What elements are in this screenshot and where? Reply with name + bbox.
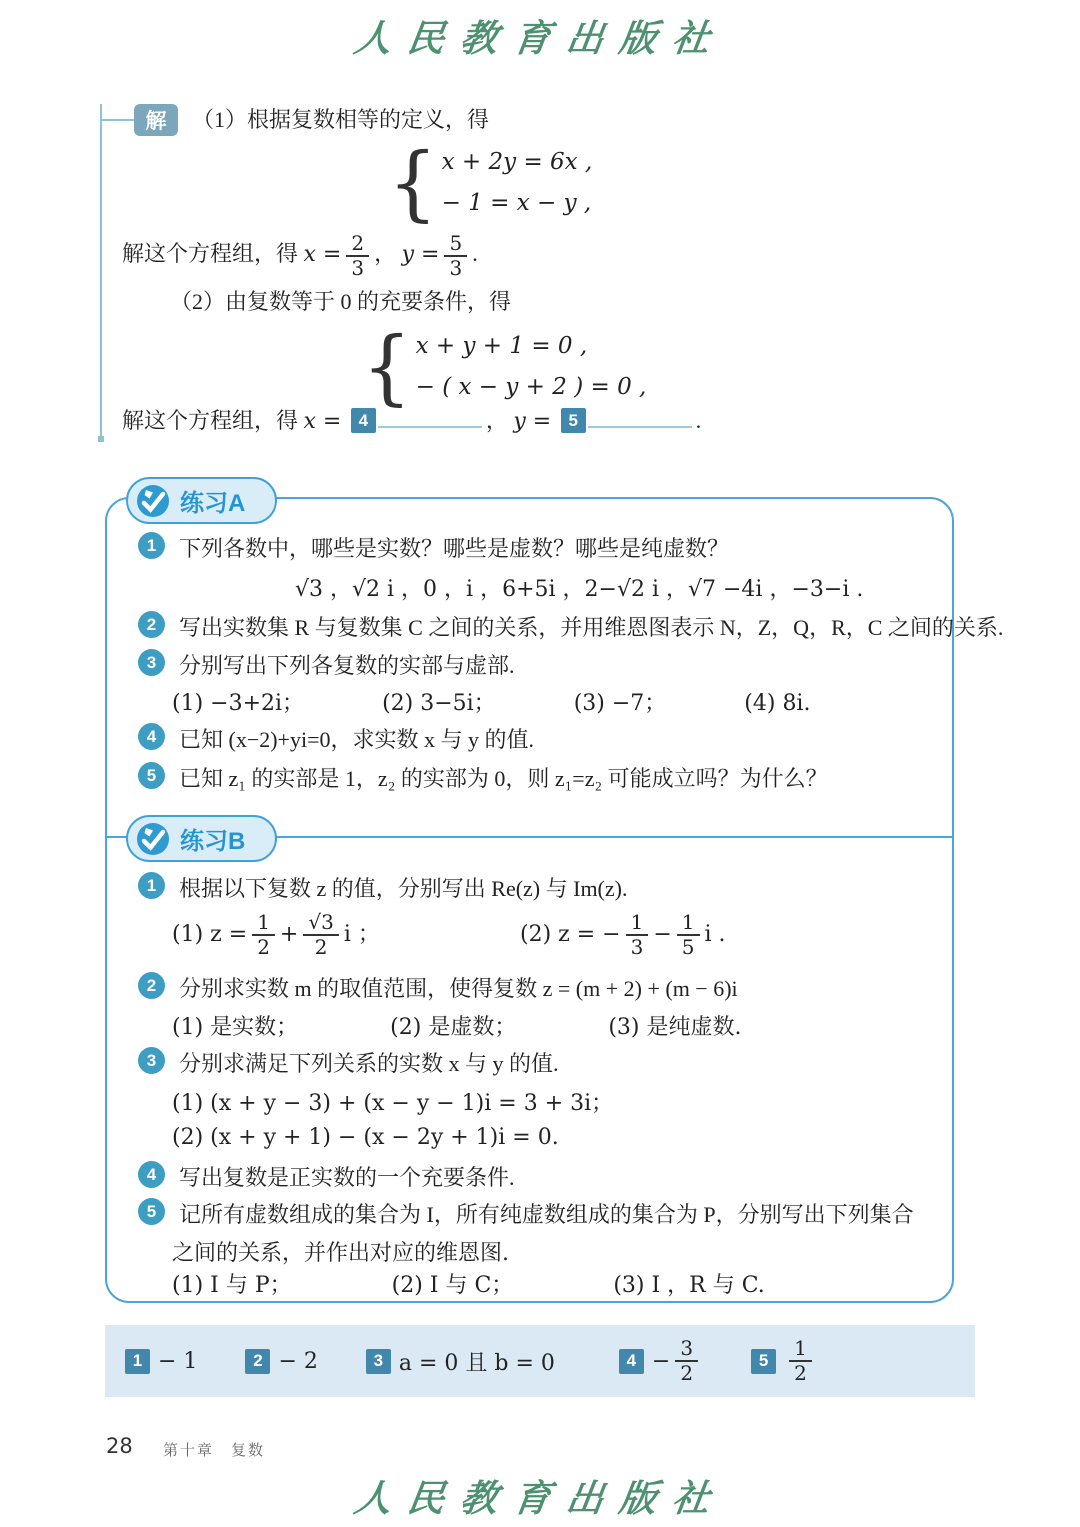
answer-tag: 4 xyxy=(619,1349,644,1374)
item-number-badge: 3 xyxy=(138,649,165,676)
answer-sign: − xyxy=(652,1349,670,1374)
left-brace: { xyxy=(362,326,412,408)
y-equals: y = xyxy=(513,409,551,434)
blank-tag-4: 4 xyxy=(351,408,376,433)
exercise-item-b5: 5 记所有虚数组成的集合为 I，所有纯虚数组成的集合为 P，分别写出下列集合 xyxy=(138,1198,914,1229)
fraction: 15 xyxy=(677,912,700,958)
y-equals: y = xyxy=(402,242,440,267)
exercise-b5-sublist: (1) I 与 P；(2) I 与 C；(3) I ，R 与 C. xyxy=(172,1268,765,1299)
practice-a-title: 练习A xyxy=(180,483,245,518)
sub-item: (2) 3−5i； xyxy=(382,691,496,716)
sub-item: (1) z = xyxy=(172,922,247,947)
item-number-badge: 2 xyxy=(138,972,165,999)
operator: + xyxy=(280,922,298,947)
solution-left-rule xyxy=(100,104,102,436)
answer-3: 3 a = 0 且 b = 0 xyxy=(366,1346,555,1377)
practice-b-header: 练习B xyxy=(126,815,277,862)
answer-tag: 5 xyxy=(751,1349,776,1374)
answer-5: 5 12 xyxy=(751,1338,817,1384)
exercise-b2-sublist: (1) 是实数；(2) 是虚数；(3) 是纯虚数. xyxy=(172,1010,742,1041)
fraction: 12 xyxy=(789,1338,812,1384)
answer-1: 1 − 1 xyxy=(125,1349,197,1374)
exercise-item-b4: 4 写出复数是正实数的一个充要条件. xyxy=(138,1161,515,1192)
answer-4: 4 − 32 xyxy=(619,1338,703,1384)
answer-tag: 3 xyxy=(366,1349,391,1374)
item-number-badge: 1 xyxy=(138,532,165,559)
solution-badge: 解 xyxy=(134,104,178,136)
x-equals: x = xyxy=(304,242,342,267)
solution-part2-conclusion: 解这个方程组，得 x = 4， y = 5. xyxy=(122,404,701,437)
x-equals: x = xyxy=(304,409,342,434)
blank-tag-5: 5 xyxy=(561,408,586,433)
left-brace: { xyxy=(388,142,438,224)
sub-item: (3) I ，R 与 C. xyxy=(613,1273,764,1298)
exercise-b1-sub2: (2) z = −13−15i . xyxy=(520,912,726,958)
exercise-b5-text2: 之间的关系，并作出对应的维恩图. xyxy=(172,1236,509,1267)
answer-blank-y xyxy=(588,404,692,428)
period: . xyxy=(472,241,478,266)
equation-line: − ( x − y + 2 ) = 0 , xyxy=(416,367,647,408)
solution-part1-conclusion: 解这个方程组，得 x =23， y =53. xyxy=(122,233,478,279)
item-text: 分别求实数 m 的取值范围，使得复数 z = (m + 2) + (m − 6)… xyxy=(179,972,738,1003)
item-text: 写出实数集 R 与复数集 C 之间的关系，并用维恩图表示 N，Z，Q，R，C 之… xyxy=(179,611,1003,642)
exercise-item-a2: 2 写出实数集 R 与复数集 C 之间的关系，并用维恩图表示 N，Z，Q，R，C… xyxy=(138,611,1003,642)
item-number-badge: 3 xyxy=(138,1047,165,1074)
answer-tag: 2 xyxy=(245,1349,270,1374)
operator: − xyxy=(653,922,671,947)
sub-item: (1) −3+2i； xyxy=(172,691,304,716)
separator: ， xyxy=(486,408,514,433)
item-number-badge: 4 xyxy=(138,1161,165,1188)
fraction-x: 23 xyxy=(346,233,369,279)
equation-line: − 1 = x − y , xyxy=(442,183,593,224)
sub-item: (1) 是实数； xyxy=(172,1015,298,1040)
fraction: √32 xyxy=(303,912,338,958)
exercise-item-a5: 5 已知 z₁ 的实部是 1，z₂ 的实部为 0，则 z₁=z₂ 可能成立吗？为… xyxy=(138,762,828,793)
practice-b-title: 练习B xyxy=(180,821,245,856)
item-number-badge: 5 xyxy=(138,762,165,789)
textbook-page: 人民教育出版社 解 （1）根据复数相等的定义，得 { x + 2y = 6x ,… xyxy=(0,0,1080,1527)
exercise-item-a3: 3 分别写出下列各复数的实部与虚部. xyxy=(138,649,515,680)
publisher-logo-text: 人民教育出版社 xyxy=(351,1468,730,1522)
sub-item: (3) 是纯虚数. xyxy=(608,1015,741,1040)
fraction-y: 53 xyxy=(444,233,467,279)
solution-rule-connector xyxy=(100,119,134,121)
answer-value: − 1 xyxy=(158,1349,197,1374)
exercise-item-b2: 2 分别求实数 m 的取值范围，使得复数 z = (m + 2) + (m − … xyxy=(138,972,738,1003)
sub-item: i . xyxy=(705,922,726,947)
item-text: 写出复数是正实数的一个充要条件. xyxy=(179,1161,515,1192)
fraction: 12 xyxy=(252,912,275,958)
item-text: 根据以下复数 z 的值，分别写出 Re(z) 与 Im(z). xyxy=(179,872,627,903)
item-text: 分别写出下列各复数的实部与虚部. xyxy=(179,649,515,680)
solution-part1-intro: （1）根据复数相等的定义，得 xyxy=(192,106,489,134)
answer-blank-x xyxy=(378,404,482,428)
publisher-logo-top: 人民教育出版社 xyxy=(0,8,1080,62)
item-text: 下列各数中，哪些是实数？哪些是虚数？哪些是纯虚数？ xyxy=(179,532,729,563)
conclusion-text: 解这个方程组，得 xyxy=(122,241,298,266)
chapter-label: 第十章 复数 xyxy=(163,1439,265,1460)
exercise-item-b3: 3 分别求满足下列关系的实数 x 与 y 的值. xyxy=(138,1047,559,1078)
exercise-b3-sub1: (1) (x + y − 3) + (x − y − 1)i = 3 + 3i； xyxy=(172,1086,613,1117)
equation-line: x + y + 1 = 0 , xyxy=(416,326,647,367)
solution-rule-dot xyxy=(98,436,104,442)
publisher-logo-text: 人民教育出版社 xyxy=(351,8,730,62)
fraction: 32 xyxy=(675,1338,698,1384)
sub-item: (2) z = − xyxy=(520,922,621,947)
exercise-item-b1: 1 根据以下复数 z 的值，分别写出 Re(z) 与 Im(z). xyxy=(138,872,627,903)
item-number-badge: 1 xyxy=(138,872,165,899)
exercise-a3-sublist: (1) −3+2i；(2) 3−5i；(3) −7；(4) 8i. xyxy=(172,686,810,717)
pencil-check-icon xyxy=(136,822,170,856)
sub-item: (2) 是虚数； xyxy=(390,1015,516,1040)
sub-item: (3) −7； xyxy=(574,691,667,716)
sub-item: (2) I 与 C； xyxy=(392,1273,514,1298)
answer-strip: 1 − 1 2 − 2 3 a = 0 且 b = 0 4 − 32 5 12 xyxy=(105,1325,975,1397)
exercise-item-a1: 1 下列各数中，哪些是实数？哪些是虚数？哪些是纯虚数？ xyxy=(138,532,729,563)
pencil-check-icon xyxy=(136,484,170,518)
page-number: 28 xyxy=(106,1434,133,1458)
item-number-badge: 5 xyxy=(138,1198,165,1225)
item-text: 记所有虚数组成的集合为 I，所有纯虚数组成的集合为 P，分别写出下列集合 xyxy=(179,1198,914,1229)
conclusion-text: 解这个方程组，得 xyxy=(122,408,298,433)
publisher-logo-bottom: 人民教育出版社 xyxy=(0,1468,1080,1522)
equation-system-2: { x + y + 1 = 0 , − ( x − y + 2 ) = 0 , xyxy=(362,326,646,409)
item-text: 分别求满足下列关系的实数 x 与 y 的值. xyxy=(179,1047,559,1078)
answer-2: 2 − 2 xyxy=(245,1349,317,1374)
answer-value: a = 0 且 b = 0 xyxy=(399,1346,555,1377)
exercise-b3-sub2: (2) (x + y + 1) − (x − 2y + 1)i = 0. xyxy=(172,1125,559,1150)
solution-part2-intro: （2）由复数等于 0 的充要条件，得 xyxy=(170,288,511,316)
exercise-b1-sub1: (1) z =12+√32i ； xyxy=(172,912,380,958)
sub-item: (1) I 与 P； xyxy=(172,1273,292,1298)
period: . xyxy=(696,408,702,433)
equation-system-1: { x + 2y = 6x , − 1 = x − y , xyxy=(388,142,592,225)
sub-item: i ； xyxy=(344,922,380,947)
exercise-item-a4: 4 已知 (x−2)+yi=0，求实数 x 与 y 的值. xyxy=(138,723,534,754)
item-number-badge: 2 xyxy=(138,611,165,638)
practice-a-header: 练习A xyxy=(126,477,277,524)
sub-item: (4) 8i. xyxy=(744,691,810,716)
item-text: 已知 (x−2)+yi=0，求实数 x 与 y 的值. xyxy=(179,723,534,754)
answer-value: − 2 xyxy=(278,1349,317,1374)
item-number-badge: 4 xyxy=(138,723,165,750)
fraction: 13 xyxy=(626,912,649,958)
answer-tag: 1 xyxy=(125,1349,150,1374)
exercise-a1-numbers: √3 ，√2 i ，0 ，i ，6+5i ，2−√2 i ，√7 −4i ，−3… xyxy=(295,572,863,603)
item-text: 已知 z₁ 的实部是 1，z₂ 的实部为 0，则 z₁=z₂ 可能成立吗？为什么… xyxy=(179,762,828,793)
separator: ， xyxy=(374,241,402,266)
equation-line: x + 2y = 6x , xyxy=(442,142,593,183)
